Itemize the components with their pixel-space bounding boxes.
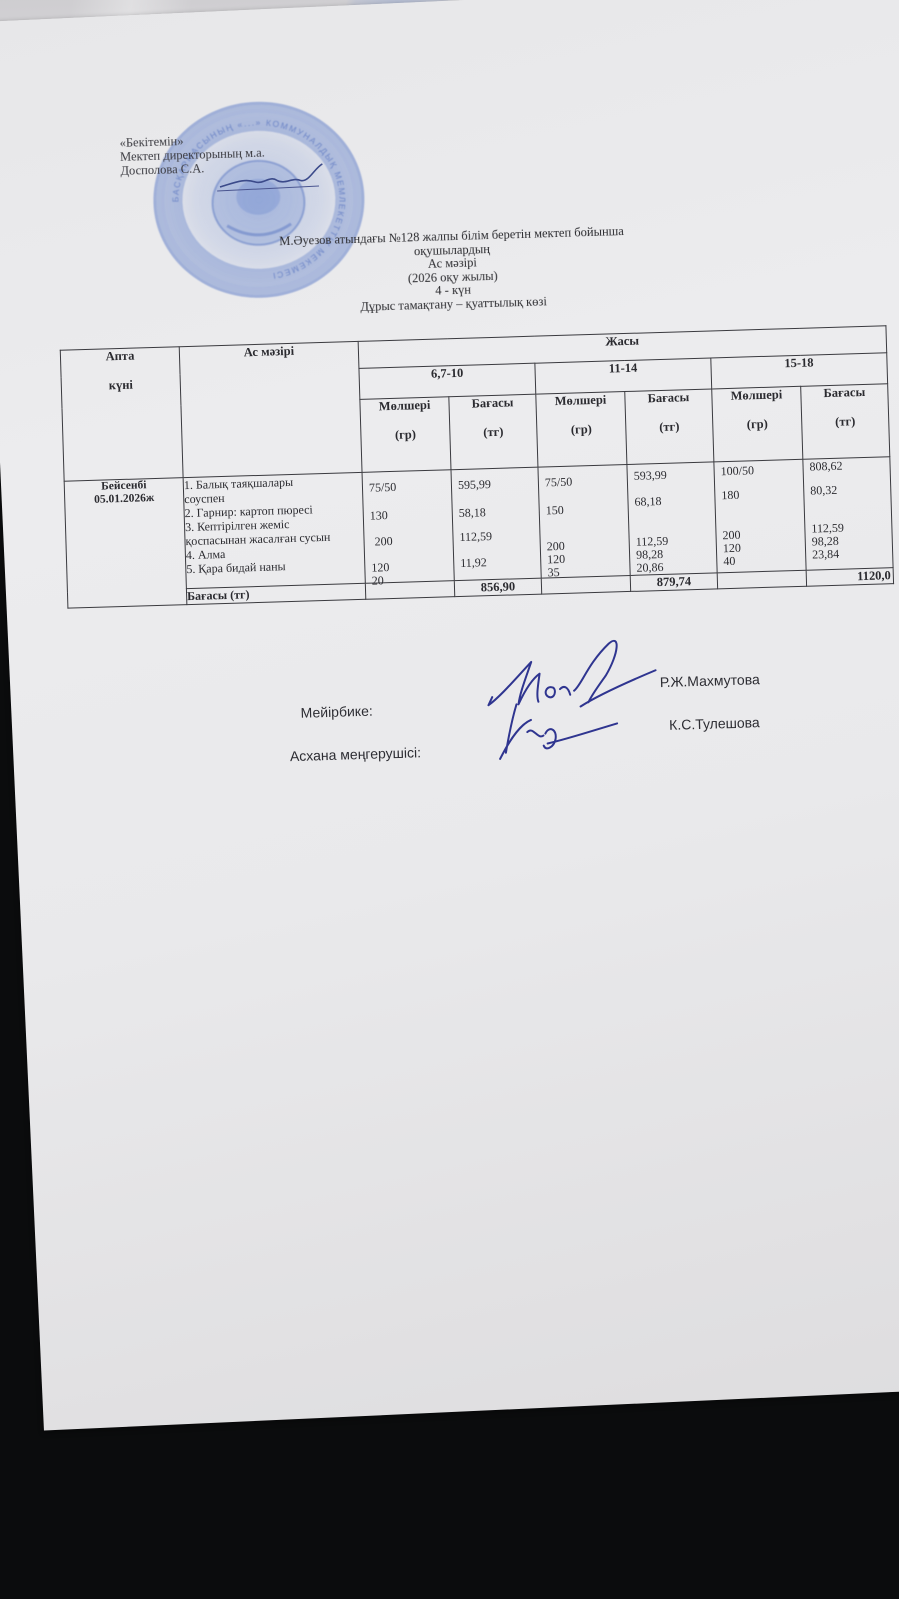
totals-qty-15-18 <box>717 570 806 589</box>
nurse-name: Р.Ж.Махмутова <box>660 671 760 690</box>
price-6-10: 595,99 58,18 112,59 11,92 <box>451 467 541 581</box>
price-15-18: 808,62 80,32 112,59 98,28 23,84 <box>803 457 893 571</box>
kitchen-signature-icon <box>486 693 628 767</box>
menu-table: Апта күні Ас мәзірі Жасы 6,7-10 11-14 15… <box>60 325 894 608</box>
kitchen-manager-name: К.С.Тулешова <box>669 714 760 733</box>
qty-6-10: 75/50 130 200 120 20 <box>362 470 454 584</box>
header-price: Бағасы(тг) <box>625 389 714 465</box>
day-cell: Бейсенбі 05.01.2026ж <box>64 478 187 608</box>
header-price: Бағасы(тг) <box>449 394 538 470</box>
photo-scene: М.Әуезов атындағы №128 жалпы білім б... … <box>0 0 899 1599</box>
total-6-10: 856,90 <box>454 578 541 597</box>
director-signature-icon <box>214 162 325 195</box>
menu-items: 1. Балық таяқшалары соуспен 2. Гарнир: к… <box>183 472 365 588</box>
header-qty: Мөлшері(гр) <box>360 397 451 473</box>
header-weekday: Апта күні <box>60 347 183 481</box>
qty-11-14: 75/50 150 200 120 35 <box>538 465 630 579</box>
date: 05.01.2026ж <box>65 491 183 507</box>
total-11-14: 879,74 <box>630 573 717 592</box>
document-title: М.Әуезов атындағы №128 жалпы білім берет… <box>236 224 668 318</box>
header-menu: Ас мәзірі <box>179 341 362 477</box>
header-qty: Мөлшері(гр) <box>536 392 627 468</box>
qty-15-18: 100/50 180 200 120 40 <box>714 459 806 573</box>
total-15-18: 1120,0 <box>806 568 893 587</box>
header-price: Бағасы(тг) <box>801 384 890 460</box>
nurse-label: Мейірбике: <box>300 703 373 721</box>
header-qty: Мөлшері(гр) <box>712 386 803 462</box>
menu-document: БАСҚАРМАСЫНЫҢ «...» КОММУНАЛДЫҚ МЕМЛЕКЕТ… <box>0 0 899 1431</box>
kitchen-manager-label: Асхана меңгерушісі: <box>290 744 421 764</box>
price-11-14: 593,99 68,18 112,59 98,28 20,86 <box>627 462 717 576</box>
